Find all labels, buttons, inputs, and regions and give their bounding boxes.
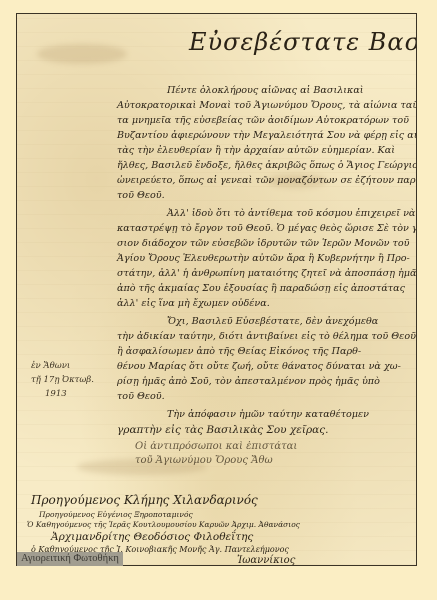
- photo-archive-watermark: Αγιορειτική Φωτοθήκη: [17, 552, 123, 566]
- letter-line: Ἀλλ' ἰδοὺ ὅτι τὸ ἀντίθεμα τοῦ κόσμου ἐπι…: [167, 209, 415, 219]
- letter-line: γραπτὴν εἰς τὰς Βασιλικὰς Σου χεῖρας.: [117, 425, 328, 436]
- margin-note-date: τῇ 17ῃ Ὀκτωβ.: [31, 376, 94, 385]
- letter-line: σιον διάδοχον τῶν εὐσεβῶν ἱδρυτῶν τῶν Ἱε…: [117, 239, 409, 249]
- letter-line: τοῦ Θεοῦ.: [117, 392, 165, 402]
- signature: Ἰωαννίκιος: [237, 556, 295, 566]
- letter-line: Βυζαντίου ἀφιερώνουν τὴν Μεγαλειότητά Σο…: [117, 131, 417, 141]
- letter-line: Τὴν ἀπόφασιν ἡμῶν ταύτην καταθέτομεν: [167, 410, 369, 420]
- letter-line: ἀλλ' εἰς ἵνα μὴ ἔχωμεν οὐδένα.: [117, 299, 270, 309]
- margin-note-place: ἐν Ἄθωνι: [31, 362, 70, 371]
- letter-line: τοῦ Θεοῦ.: [117, 191, 165, 201]
- closing-line: τοῦ Ἁγιωνύμου Ὄρους Ἄθω: [135, 456, 273, 466]
- signature: Προηγούμενος Εὐγένιος Ξηροποταμινός: [39, 511, 193, 519]
- letter-line: τα μνημεῖα τῆς εὐσεβείας τῶν ἀοιδίμων Αὐ…: [117, 116, 409, 126]
- document-photo: Εὐσεβέστατε Βασιλεῦ Πέντε ὁλοκλήρους αἰῶ…: [16, 13, 417, 566]
- letter-line: Ἁγίου Ὄρους Ἐλευθερωτὴν αὐτῶν ἄρα ἢ Κυβε…: [117, 254, 410, 264]
- letter-line: ἀπὸ τῆς ἀκμαίας Σου ἐξουσίας ἢ παραδώσῃ …: [117, 284, 405, 294]
- signature: Προηγούμενος Κλήμης Χιλανδαρινός: [31, 494, 258, 506]
- letter-line: ρίσῃ ἡμᾶς ἀπὸ Σοῦ, τὸν ἀπεσταλμένον πρὸς…: [117, 377, 380, 387]
- letter-line: ἢ ἀσφαλίσωμεν ἀπὸ τῆς Θείας Εἰκόνος τῆς …: [117, 347, 361, 357]
- letter-line: Πέντε ὁλοκλήρους αἰῶνας αἱ Βασιλικαὶ: [167, 86, 364, 96]
- margin-note-year: 1913: [45, 390, 67, 399]
- signature: Ὁ Καθηγούμενος τῆς Ἱερᾶς Κουτλουμουσίου …: [27, 521, 300, 529]
- letter-line: ἤλθες, Βασιλεῦ ἔνδοξε, ἤλθες ἀκριβῶς ὅπω…: [117, 161, 417, 171]
- letter-line: Αὐτοκρατορικαὶ Μοναὶ τοῦ Ἁγιωνύμου Ὄρους…: [117, 101, 417, 111]
- letter-line: καταστρέψῃ τὸ ἔργον τοῦ Θεοῦ. Ὁ μέγας θε…: [117, 224, 417, 234]
- letter-line: τὰς τὴν ἐλευθερίαν ἢ τὴν ἀρχαίαν αὐτῶν ε…: [117, 146, 395, 156]
- letter-line: Ὄχι, Βασιλεῦ Εὐσεβέστατε, δὲν ἀνεχόμεθα: [167, 317, 378, 327]
- closing-line: Οἱ ἀντιπρόσωποι καὶ ἐπιστάται: [135, 442, 297, 452]
- paper-stain: [37, 44, 127, 64]
- letter-line: θένου Μαρίας ὅτι οὔτε ζωή, οὔτε θάνατος …: [117, 362, 401, 372]
- signature: Ἀρχιμανδρίτης Θεοδόσιος Φιλοθεΐτης: [51, 532, 253, 543]
- letter-line: τὴν ἀδικίαν ταύτην, διότι ἀντιβαίνει εἰς…: [117, 332, 416, 342]
- letter-salutation: Εὐσεβέστατε Βασιλεῦ: [189, 30, 417, 54]
- letter-line: ὠνειρεύετο, ὅπως αἱ γενεαὶ τῶν μοναζόντω…: [117, 176, 417, 186]
- letter-line: στάτην, ἀλλ' ἡ ἀνθρωπίνη ματαιότης ζητεῖ…: [117, 269, 417, 279]
